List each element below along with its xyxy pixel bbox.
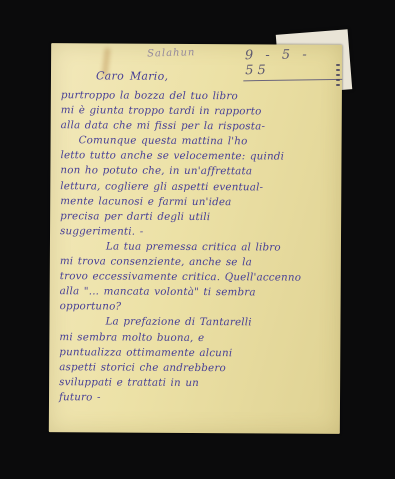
letter-line: opportuno? xyxy=(60,299,338,316)
letter-line: letto tutto anche se velocemente: quindi xyxy=(60,149,338,166)
letter-line: La prefazione di Tantarelli xyxy=(59,315,337,332)
letter-line: alla "... mancata volontà" ti sembra xyxy=(60,284,338,301)
letter-line: trovo eccessivamente critica. Quell'acce… xyxy=(60,269,338,286)
letter-line: futuro - xyxy=(59,390,337,407)
letter-line: suggerimenti. - xyxy=(60,224,338,241)
letter-line: mi trova consenziente, anche se la xyxy=(60,254,338,271)
letter-line: Comunque questa mattina l'ho xyxy=(61,133,339,150)
letter-line: precisa per darti degli utili xyxy=(60,209,338,226)
letter-date: 9 - 5 - 55 xyxy=(243,47,342,81)
letter-salutation: Caro Mario, xyxy=(96,69,168,82)
letter-line: lettura, cogliere gli aspetti eventual- xyxy=(60,179,338,196)
pencil-annotation: Salahun xyxy=(147,47,196,59)
letter-line: non ho potuto che, in un'affrettata xyxy=(60,164,338,181)
letter-line: mi è giunta troppo tardi in rapporto xyxy=(61,103,339,120)
letter-line: sviluppati e trattati in un xyxy=(59,375,337,392)
letter-line: La tua premessa critica al libro xyxy=(60,239,338,256)
page-edge-marks-icon xyxy=(336,64,340,89)
letter-line: alla data che mi fissi per la risposta- xyxy=(61,118,339,135)
letter-line: mente lacunosi e farmi un'idea xyxy=(60,194,338,211)
letter-paper: Salahun 9 - 5 - 55 Caro Mario, purtroppo… xyxy=(49,43,342,434)
letter-body: purtroppo la bozza del tuo libromi è giu… xyxy=(59,88,339,407)
letter-line: purtroppo la bozza del tuo libro xyxy=(61,88,339,105)
letter-line: puntualizza ottimamente alcuni xyxy=(59,345,337,362)
letter-line: mi sembra molto buona, e xyxy=(59,330,337,347)
letter-line: aspetti storici che andrebbero xyxy=(59,360,337,377)
letter-photo: Salahun 9 - 5 - 55 Caro Mario, purtroppo… xyxy=(0,0,395,479)
